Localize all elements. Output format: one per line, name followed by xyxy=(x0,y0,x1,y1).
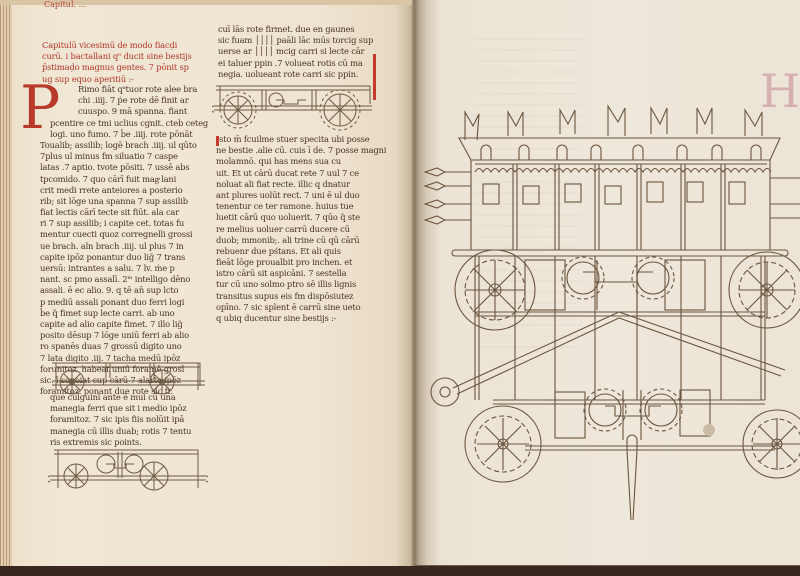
text-line: tur cū uno solmo ptro sē illis lignis xyxy=(216,279,386,290)
text-line: pcentire ce tmi uclius cgnit. cteb̄ cete… xyxy=(40,118,210,129)
text-line: istro cārū sit aspicāni. 7 sestella xyxy=(216,268,386,279)
text-line: rebuenr due pśtans. Et ali quis xyxy=(216,246,386,257)
text-line: q ubiq ducentur sine bestijs :- xyxy=(216,313,386,324)
text-line: uerse ar ││││ mcig carri si lecte cār xyxy=(218,46,373,57)
column-a-text: Rimo fiāt qᵃtuor rote alee bra chi .iiij… xyxy=(40,84,210,397)
wheel-large xyxy=(743,410,800,478)
text-line: ei taluer ppin .7 volueat rotis cū ma xyxy=(218,58,373,69)
war-wagon-drawing xyxy=(415,100,800,530)
text-line: tpcomido. 7 quo cārī fuit magͣ lani xyxy=(40,174,210,185)
text-line: mentur cuecti quoz corregnelli grossi xyxy=(40,229,210,240)
text-line: logi. uno fumo. 7 ḃe .iiij. rote pōnāt xyxy=(40,129,210,140)
text-line: cuī lās rote firmet. due en gaunes xyxy=(218,24,373,35)
text-line: Rimo fiāt qᵃtuor rote alee bra xyxy=(40,84,210,95)
gear-wagon-bottom-figure xyxy=(48,448,208,494)
text-line: tenentur ce ter ramone. huius tue xyxy=(216,201,386,212)
text-line: duob; mmonib;. ali trine cū qū cārū xyxy=(216,235,386,246)
text-line: crit medi rrete anteiores a posterio xyxy=(40,185,210,196)
rubric-line: curū. i bactallani qᵒ ducit sine bestijs xyxy=(42,51,192,62)
battlements xyxy=(465,106,762,140)
page-edge-stack xyxy=(0,0,12,570)
text-line: fiat lectis cārī tecte sit fiūt. ala car xyxy=(40,207,210,218)
text-line: rib; sit lōge una spanna 7 sup assilib xyxy=(40,196,210,207)
text-line: que cuiguini ante ē mui cū una xyxy=(50,392,191,403)
text-line: cuuspo. 9 mā spanna. fiant xyxy=(40,106,210,117)
text-line: negia. uolueant rote carri sic ppin. xyxy=(218,69,373,80)
rubric-heading: Capitulū vicesimū de modo fiacḍi curū. i… xyxy=(42,40,192,85)
column-b-text: Isto m̄ fcuilme stuer specita ubi posse … xyxy=(216,134,386,324)
text-line: capite ipōz ponantur duo lig̃ 7 trans xyxy=(40,252,210,263)
text-line: assali. ē ec alio. 9. q tē an̄ sup lcto xyxy=(40,285,210,296)
text-line: ris extremis sic points. xyxy=(50,437,191,448)
text-line: Toualib; assilib; logē brach .iiij. ul q… xyxy=(40,140,210,151)
text-line: uersū: intrantes a salu. 7 lv. ṁe p xyxy=(40,263,210,274)
text-line: posito dēsup 7 lōge uniū ferri ab alio xyxy=(40,330,210,341)
text-line: capite ad alio capite fimet. 7 illo lig̃ xyxy=(40,319,210,330)
text-line: nant. sc pmo assalī. 2ᵐ intelligo dēno xyxy=(40,274,210,285)
text-line: ri 7 sup assilib; i capite cet. totas fu xyxy=(40,218,210,229)
text-line: uit. Et ut cārū ducat rete 7 uul 7 ce xyxy=(216,168,386,179)
book-bottom-edge xyxy=(0,566,800,576)
text-line: Isto m̄ fcuilme stuer specita ubi posse xyxy=(216,134,386,145)
text-line: molamnō. qui has mens sua cu xyxy=(216,156,386,167)
text-line: sic fuam ││││ paāli lāc mūs torcig sup xyxy=(218,35,373,46)
text-line: chi .iiij. 7 ṗe rote dē finit ar xyxy=(40,95,210,106)
text-line: luetit cārū quo uoluerit. 7 qūo q̃ ste xyxy=(216,212,386,223)
right-page: ········································… xyxy=(415,0,800,568)
text-line: manegia cū illis duab; rotis 7 tentu xyxy=(50,426,191,437)
text-line: ant plures uolūt rect. 7 uni ē ul duo xyxy=(216,190,386,201)
wheel-large xyxy=(455,250,535,330)
text-line: transitus supus eis fm dispōsiutez xyxy=(216,291,386,302)
text-line: p mediū assali ponant duo ferri logi xyxy=(40,297,210,308)
text-line: re melius uoluer carrū ducere cū xyxy=(216,224,386,235)
text-line: fieāt lōge proualbit pro inchen. et xyxy=(216,257,386,268)
text-line: manegia ferri que sit i medio ipōz xyxy=(50,403,191,414)
column-a-text-2: que cuiguini ante ē mui cū una manegia f… xyxy=(50,392,191,448)
red-paragraph-mark xyxy=(216,136,219,146)
text-line: latas .7 aptio. tvote pōsiti. 7 ussē abs xyxy=(40,162,210,173)
text-line: opīno. 7 sic splent ē carrū sine ueto xyxy=(216,302,386,313)
text-line: ro spanēs duas 7 grossū digito uno xyxy=(40,341,210,352)
folio-mark: Capitul. ... xyxy=(44,0,86,9)
text-line: 7plus ul minus fm siluatio 7 caspe xyxy=(40,151,210,162)
text-line: ne bestie .alie cū. cuis ī de. 7 posse m… xyxy=(216,145,386,156)
manuscript-spread: Capitul. ... Capitulū vicesimū de modo f… xyxy=(0,0,800,576)
text-line: ue brach. aln brach .iiij. ul plus 7 in xyxy=(40,241,210,252)
rubric-line: Capitulū vicesimū de modo fiacḍi xyxy=(42,40,192,51)
red-paragraph-mark xyxy=(373,54,376,100)
column-b-top-text: cuī lās rote firmet. due en gaunes sic f… xyxy=(218,24,373,80)
text-line: foramitoz. 7 sic ipis fiis nolūit ipā xyxy=(50,414,191,425)
text-line: noluat ali fiat recte. illic q dnatur xyxy=(216,179,386,190)
rubric-line: p̄stimaḍo magnus gentes. 7 pōnit sp xyxy=(42,62,192,73)
wheel-large xyxy=(465,406,541,482)
text-line: ḃe q̃ fimet sup lecte carri. ab uno xyxy=(40,308,210,319)
left-page: Capitul. ... Capitulū vicesimū de modo f… xyxy=(0,0,415,570)
gear-wagon-top-figure xyxy=(212,84,372,140)
